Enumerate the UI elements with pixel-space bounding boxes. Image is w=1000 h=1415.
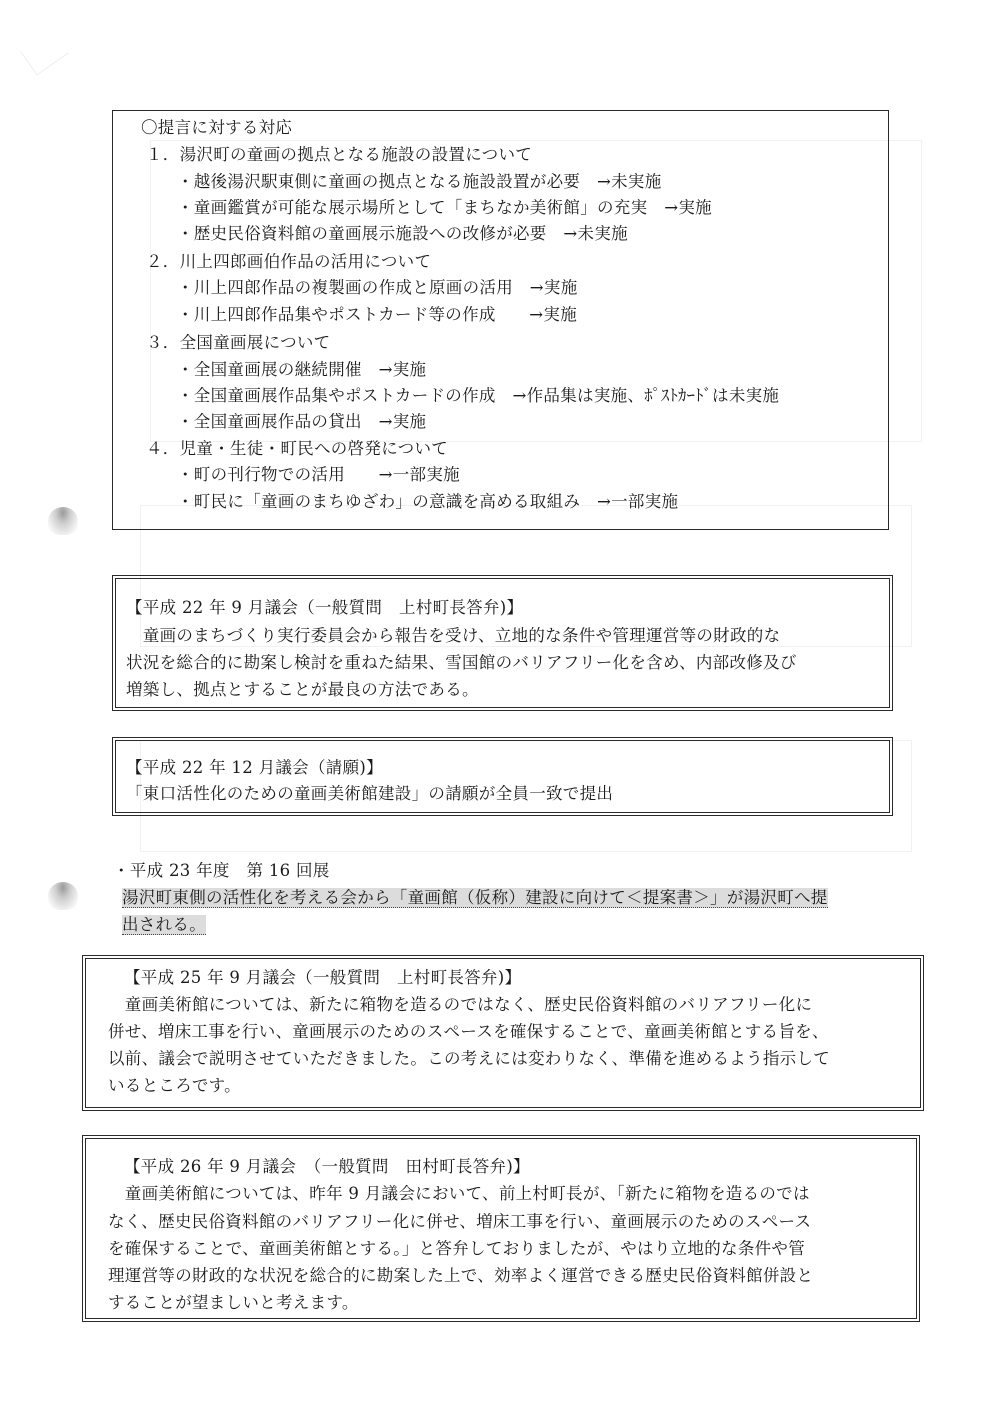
body-line: を確保することで、童画美術館とする。」と答弁しておりましたが、やはり立地的な条件… <box>108 1238 805 1260</box>
body-line: 童画のまちづくり実行委員会から報告を受け、立地的な条件や管理運営等の財政的な <box>126 625 780 647</box>
list-item: ・全国童画展作品集やポストカードの作成 →作品集は実施、ﾎﾟｽﾄｶｰﾄﾞは未実施 <box>177 385 779 407</box>
response-heading: 〇提言に対する対応 <box>141 117 292 139</box>
body-line: いるところです。 <box>108 1075 241 1097</box>
box-title: 【平成 26 年 9 月議会 （一般質問 田村町長答弁)】 <box>124 1156 530 1178</box>
list-item: ・町民に「童画のまちゆざわ」の意識を高める取組み →一部実施 <box>177 491 678 513</box>
h23-highlight-line: 出される。 <box>122 914 206 936</box>
box-title: 【平成 22 年 9 月議会（一般質問 上村町長答弁)】 <box>126 597 523 619</box>
h23-highlight-line: 湯沢町東側の活性化を考える会から「童画館（仮称）建設に向けて＜提案書＞」が湯沢町… <box>122 887 828 909</box>
scan-smudge <box>20 29 69 75</box>
highlighted-text: 出される。 <box>122 915 206 935</box>
body-line: 併せ、増床工事を行い、童画展示のためのスペースを確保することで、童画美術館とする… <box>108 1021 829 1043</box>
punch-hole-icon <box>48 507 78 535</box>
body-line: 以前、議会で説明させていただきました。この考えには変わりなく、準備を進めるよう指… <box>108 1048 830 1070</box>
section-title: １．湯沢町の童画の拠点となる施設の設置について <box>146 144 532 166</box>
body-line: 「東口活性化のための童画美術館建設」の請願が全員一致で提出 <box>126 783 613 805</box>
body-line: 状況を総合的に勘案し検討を重ねた結果、雪国館のバリアフリー化を含め、内部改修及び <box>126 652 797 674</box>
body-line: 増築し、拠点とすることが最良の方法である。 <box>126 679 479 701</box>
box-title: 【平成 22 年 12 月議会（請願)】 <box>126 757 383 779</box>
section-title: ２．川上四郎画伯作品の活用について <box>146 251 431 273</box>
list-item: ・歴史民俗資料館の童画展示施設への改修が必要 →未実施 <box>177 223 628 245</box>
list-item: ・童画鑑賞が可能な展示場所として「まちなか美術館」の充実 →実施 <box>177 197 712 219</box>
list-item: ・川上四郎作品の複製画の作成と原画の活用 →実施 <box>177 277 578 299</box>
response-box: 〇提言に対する対応 １．湯沢町の童画の拠点となる施設の設置について ・越後湯沢駅… <box>112 110 889 530</box>
body-line: なく、歴史民俗資料館のバリアフリー化に併せ、増床工事を行い、童画展示のためのスペ… <box>108 1211 811 1233</box>
body-line: することが望ましいと考えます。 <box>108 1292 359 1314</box>
box-title: 【平成 25 年 9 月議会（一般質問 上村町長答弁)】 <box>124 967 521 989</box>
list-item: ・越後湯沢駅東側に童画の拠点となる施設設置が必要 →未実施 <box>177 171 662 193</box>
h22-sep-assembly-box: 【平成 22 年 9 月議会（一般質問 上村町長答弁)】 童画のまちづくり実行委… <box>112 575 893 711</box>
section-title: ４．児童・生徒・町民への啓発について <box>146 438 448 460</box>
h25-sep-assembly-box: 【平成 25 年 9 月議会（一般質問 上村町長答弁)】 童画美術館については、… <box>82 955 924 1111</box>
list-item: ・全国童画展の継続開催 →実施 <box>177 359 426 381</box>
h23-bullet: ・平成 23 年度 第 16 回展 <box>113 860 330 882</box>
punch-hole-icon <box>48 882 78 910</box>
highlighted-text: 湯沢町東側の活性化を考える会から「童画館（仮称）建設に向けて＜提案書＞」が湯沢町… <box>122 888 828 908</box>
section-title: ３．全国童画展について <box>146 332 330 354</box>
scanned-page: 〇提言に対する対応 １．湯沢町の童画の拠点となる施設の設置について ・越後湯沢駅… <box>0 0 1000 1415</box>
list-item: ・全国童画展作品の貸出 →実施 <box>177 411 426 433</box>
body-line: 童画美術館については、新たに箱物を造るのではなく、歴史民俗資料館のバリアフリー化… <box>108 994 812 1016</box>
h26-sep-assembly-box: 【平成 26 年 9 月議会 （一般質問 田村町長答弁)】 童画美術館については… <box>82 1135 920 1322</box>
h22-dec-assembly-box: 【平成 22 年 12 月議会（請願)】 「東口活性化のための童画美術館建設」の… <box>112 737 893 816</box>
body-line: 理運営等の財政的な状況を総合的に勘案した上で、効率よく運営できる歴史民俗資料館併… <box>108 1265 813 1287</box>
body-line: 童画美術館については、昨年 9 月議会において、前上村町長が、「新たに箱物を造る… <box>108 1183 810 1205</box>
list-item: ・川上四郎作品集やポストカード等の作成 →実施 <box>177 304 577 326</box>
list-item: ・町の刊行物での活用 →一部実施 <box>177 464 460 486</box>
